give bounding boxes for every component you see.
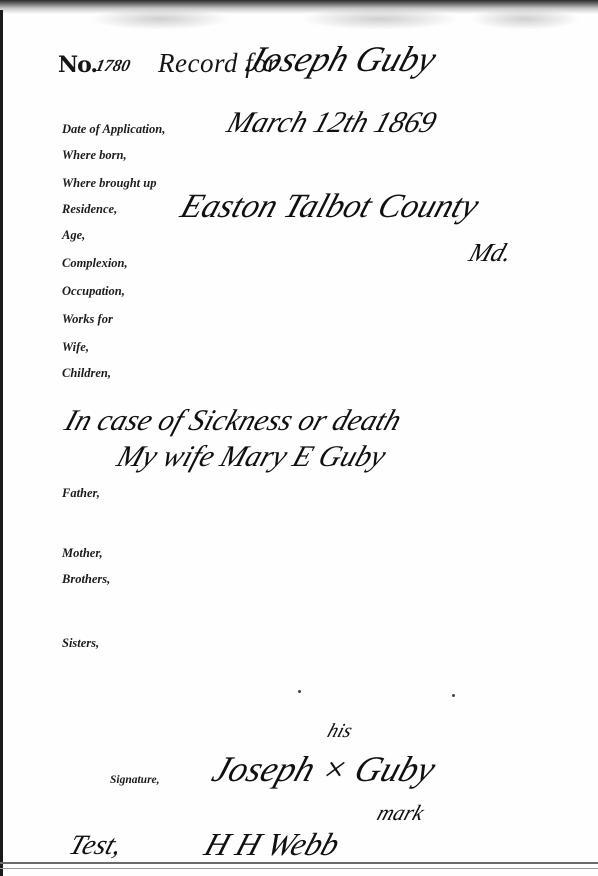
bottom-rule-secondary bbox=[0, 868, 598, 869]
field-label-date-of-application: Date of Application, bbox=[62, 122, 165, 137]
field-label-brothers: Brothers, bbox=[62, 572, 110, 587]
field-value-date-of-application: March 12th 1869 bbox=[222, 106, 440, 140]
signature-mark: mark bbox=[374, 800, 428, 826]
field-label-sisters: Sisters, bbox=[62, 636, 99, 651]
record-number: 1780 bbox=[94, 56, 132, 76]
scan-smudge bbox=[90, 8, 230, 30]
field-label-works-for: Works for bbox=[62, 312, 113, 327]
field-label-mother: Mother, bbox=[62, 546, 103, 561]
field-label-where-brought-up: Where brought up bbox=[62, 176, 156, 191]
signature-his: his bbox=[324, 720, 355, 743]
field-value-residence: Easton Talbot County bbox=[176, 188, 484, 226]
document-page: No. 1780 Record for Joseph Guby Date of … bbox=[0, 0, 598, 876]
witness-label: Test, bbox=[65, 830, 127, 862]
field-label-children: Children, bbox=[62, 366, 111, 381]
ink-speck bbox=[452, 694, 455, 697]
field-value-residence-state: Md. bbox=[465, 238, 516, 268]
bottom-rule bbox=[0, 862, 598, 864]
field-label-wife: Wife, bbox=[62, 340, 89, 355]
field-label-occupation: Occupation, bbox=[62, 284, 125, 299]
field-label-residence: Residence, bbox=[62, 202, 117, 217]
field-label-complexion: Complexion, bbox=[62, 256, 128, 271]
scan-smudge bbox=[300, 8, 460, 30]
signature-name: Joseph × Guby bbox=[207, 748, 441, 790]
field-label-age: Age, bbox=[62, 228, 85, 243]
scan-left-edge bbox=[0, 10, 3, 876]
field-label-where-born: Where born, bbox=[62, 148, 127, 163]
note-line-1: In case of Sickness or death bbox=[60, 404, 405, 438]
record-number-label: No. bbox=[58, 52, 97, 78]
ink-speck bbox=[298, 690, 301, 693]
scan-smudge bbox=[470, 8, 580, 30]
signature-label: Signature, bbox=[110, 774, 160, 786]
witness-name: H H Webb bbox=[200, 826, 344, 863]
field-label-father: Father, bbox=[62, 486, 100, 501]
record-for-name: Joseph Guby bbox=[241, 38, 442, 80]
note-line-2: My wife Mary E Guby bbox=[112, 440, 390, 474]
